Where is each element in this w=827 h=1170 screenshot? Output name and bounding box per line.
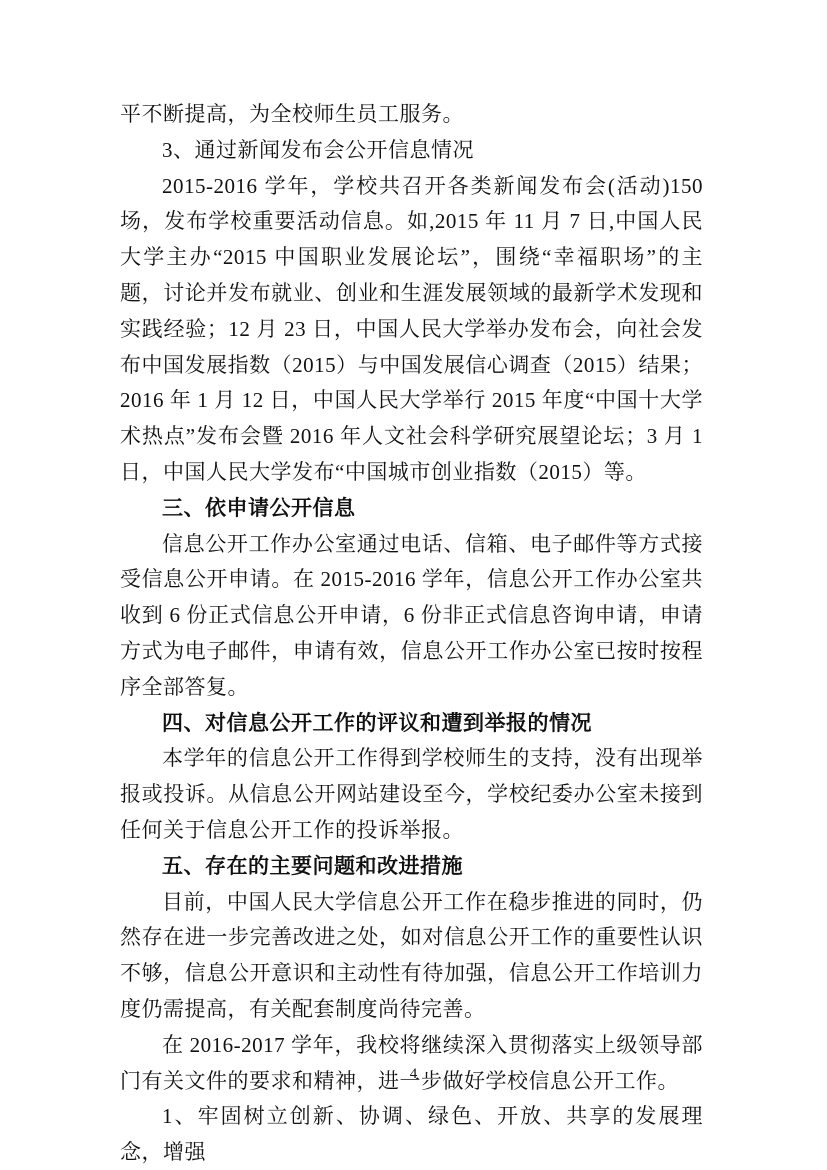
- document-page: 平不断提高，为全校师生员工服务。3、通过新闻发布会公开信息情况2015-2016…: [0, 0, 827, 1170]
- paragraph: 2015-2016 学年，学校共召开各类新闻发布会(活动)150 场，发布学校重…: [120, 169, 703, 491]
- document-body: 平不断提高，为全校师生员工服务。3、通过新闻发布会公开信息情况2015-2016…: [120, 97, 703, 1170]
- paragraph: 本学年的信息公开工作得到学校师生的支持，没有出现举报或投诉。从信息公开网站建设至…: [120, 741, 703, 848]
- paragraph: 平不断提高，为全校师生员工服务。: [120, 97, 703, 133]
- paragraph: 1、牢固树立创新、协调、绿色、开放、共享的发展理念，增强: [120, 1099, 703, 1170]
- paragraph: 信息公开工作办公室通过电话、信箱、电子邮件等方式接受信息公开申请。在 2015-…: [120, 527, 703, 706]
- page-number: 4: [0, 1063, 827, 1085]
- paragraph: 3、通过新闻发布会公开信息情况: [120, 133, 703, 169]
- section-heading: 五、存在的主要问题和改进措施: [120, 849, 703, 885]
- paragraph: 目前，中国人民大学信息公开工作在稳步推进的同时，仍然存在进一步完善改进之处，如对…: [120, 885, 703, 1028]
- section-heading: 三、依申请公开信息: [120, 491, 703, 527]
- section-heading: 四、对信息公开工作的评议和遭到举报的情况: [120, 706, 703, 742]
